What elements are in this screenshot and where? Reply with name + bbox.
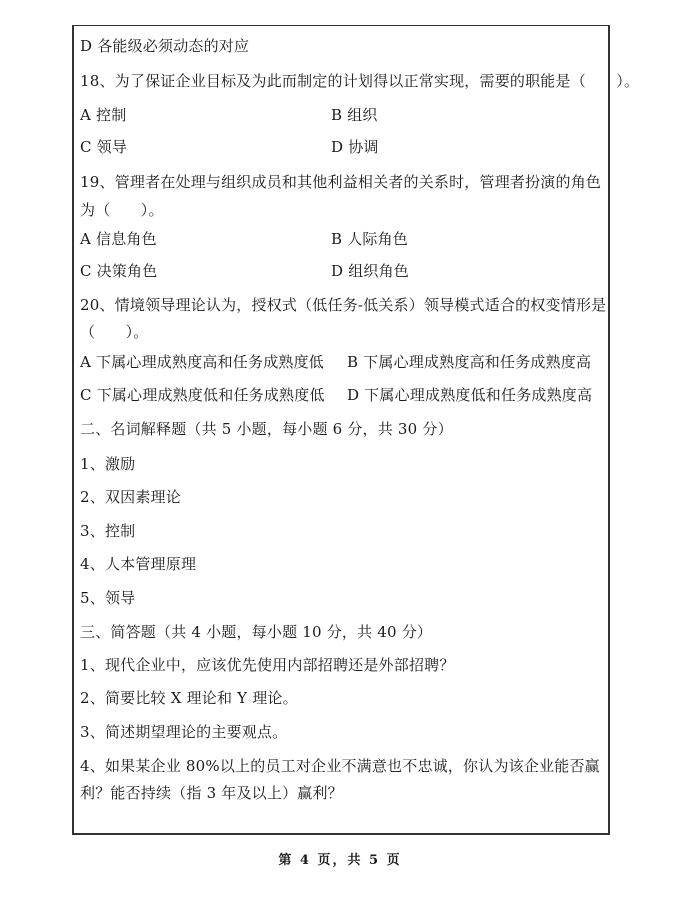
q20-stem-line2: （ ）。	[80, 323, 149, 341]
q19-stem-line2: 为（ ）。	[80, 201, 164, 219]
q19-option-b: B 人际角色	[331, 230, 408, 248]
q19-option-c: C 决策角色	[80, 262, 157, 280]
q20-stem-line1: 20、情境领导理论认为，授权式（低任务-低关系）领导模式适合的权变情形是	[80, 296, 606, 314]
section3-item-1: 1、现代企业中，应该优先使用内部招聘还是外部招聘？	[80, 656, 455, 674]
page-number: 第 4 页，共 5 页	[0, 849, 680, 868]
q20-option-d: D 下属心理成熟度低和任务成熟度高	[347, 386, 592, 404]
q19-option-a: A 信息角色	[80, 230, 157, 248]
section3-item-3: 3、简述期望理论的主要观点。	[80, 723, 287, 741]
section3-item-4-line2: 利？能否持续（指 3 年及以上）赢利？	[80, 784, 343, 802]
section2-item-3: 3、控制	[80, 522, 135, 540]
section3-heading: 三、简答题（共 4 小题，每小题 10 分，共 40 分）	[80, 623, 432, 641]
section2-item-5: 5、领导	[80, 589, 135, 607]
section2-item-4: 4、人本管理原理	[80, 555, 196, 573]
section2-item-1: 1、激励	[80, 455, 135, 473]
q19-stem-line1: 19、管理者在处理与组织成员和其他利益相关者的关系时，管理者扮演的角色	[80, 173, 601, 191]
q20-option-a: A 下属心理成熟度高和任务成熟度低	[80, 353, 324, 371]
section2-item-2: 2、双因素理论	[80, 488, 181, 506]
q19-option-d: D 组织角色	[331, 262, 409, 280]
q18-option-b: B 组织	[331, 106, 378, 124]
q18-option-a: A 控制	[80, 106, 126, 124]
q17-option-d: D 各能级必须动态的对应	[80, 37, 249, 55]
q20-option-b: B 下属心理成熟度高和任务成熟度高	[347, 353, 591, 371]
q18-stem: 18、为了保证企业目标及为此而制定的计划得以正常实现，需要的职能是（ ）。	[80, 72, 639, 90]
section2-heading: 二、名词解释题（共 5 小题，每小题 6 分，共 30 分）	[80, 420, 453, 438]
q18-option-c: C 领导	[80, 138, 127, 156]
section3-item-4-line1: 4、如果某企业 80%以上的员工对企业不满意也不忠诚，你认为该企业能否赢	[80, 757, 600, 775]
q20-option-c: C 下属心理成熟度低和任务成熟度低	[80, 386, 325, 404]
q18-option-d: D 协调	[331, 138, 379, 156]
section3-item-2: 2、简要比较 X 理论和 Y 理论。	[80, 689, 298, 707]
